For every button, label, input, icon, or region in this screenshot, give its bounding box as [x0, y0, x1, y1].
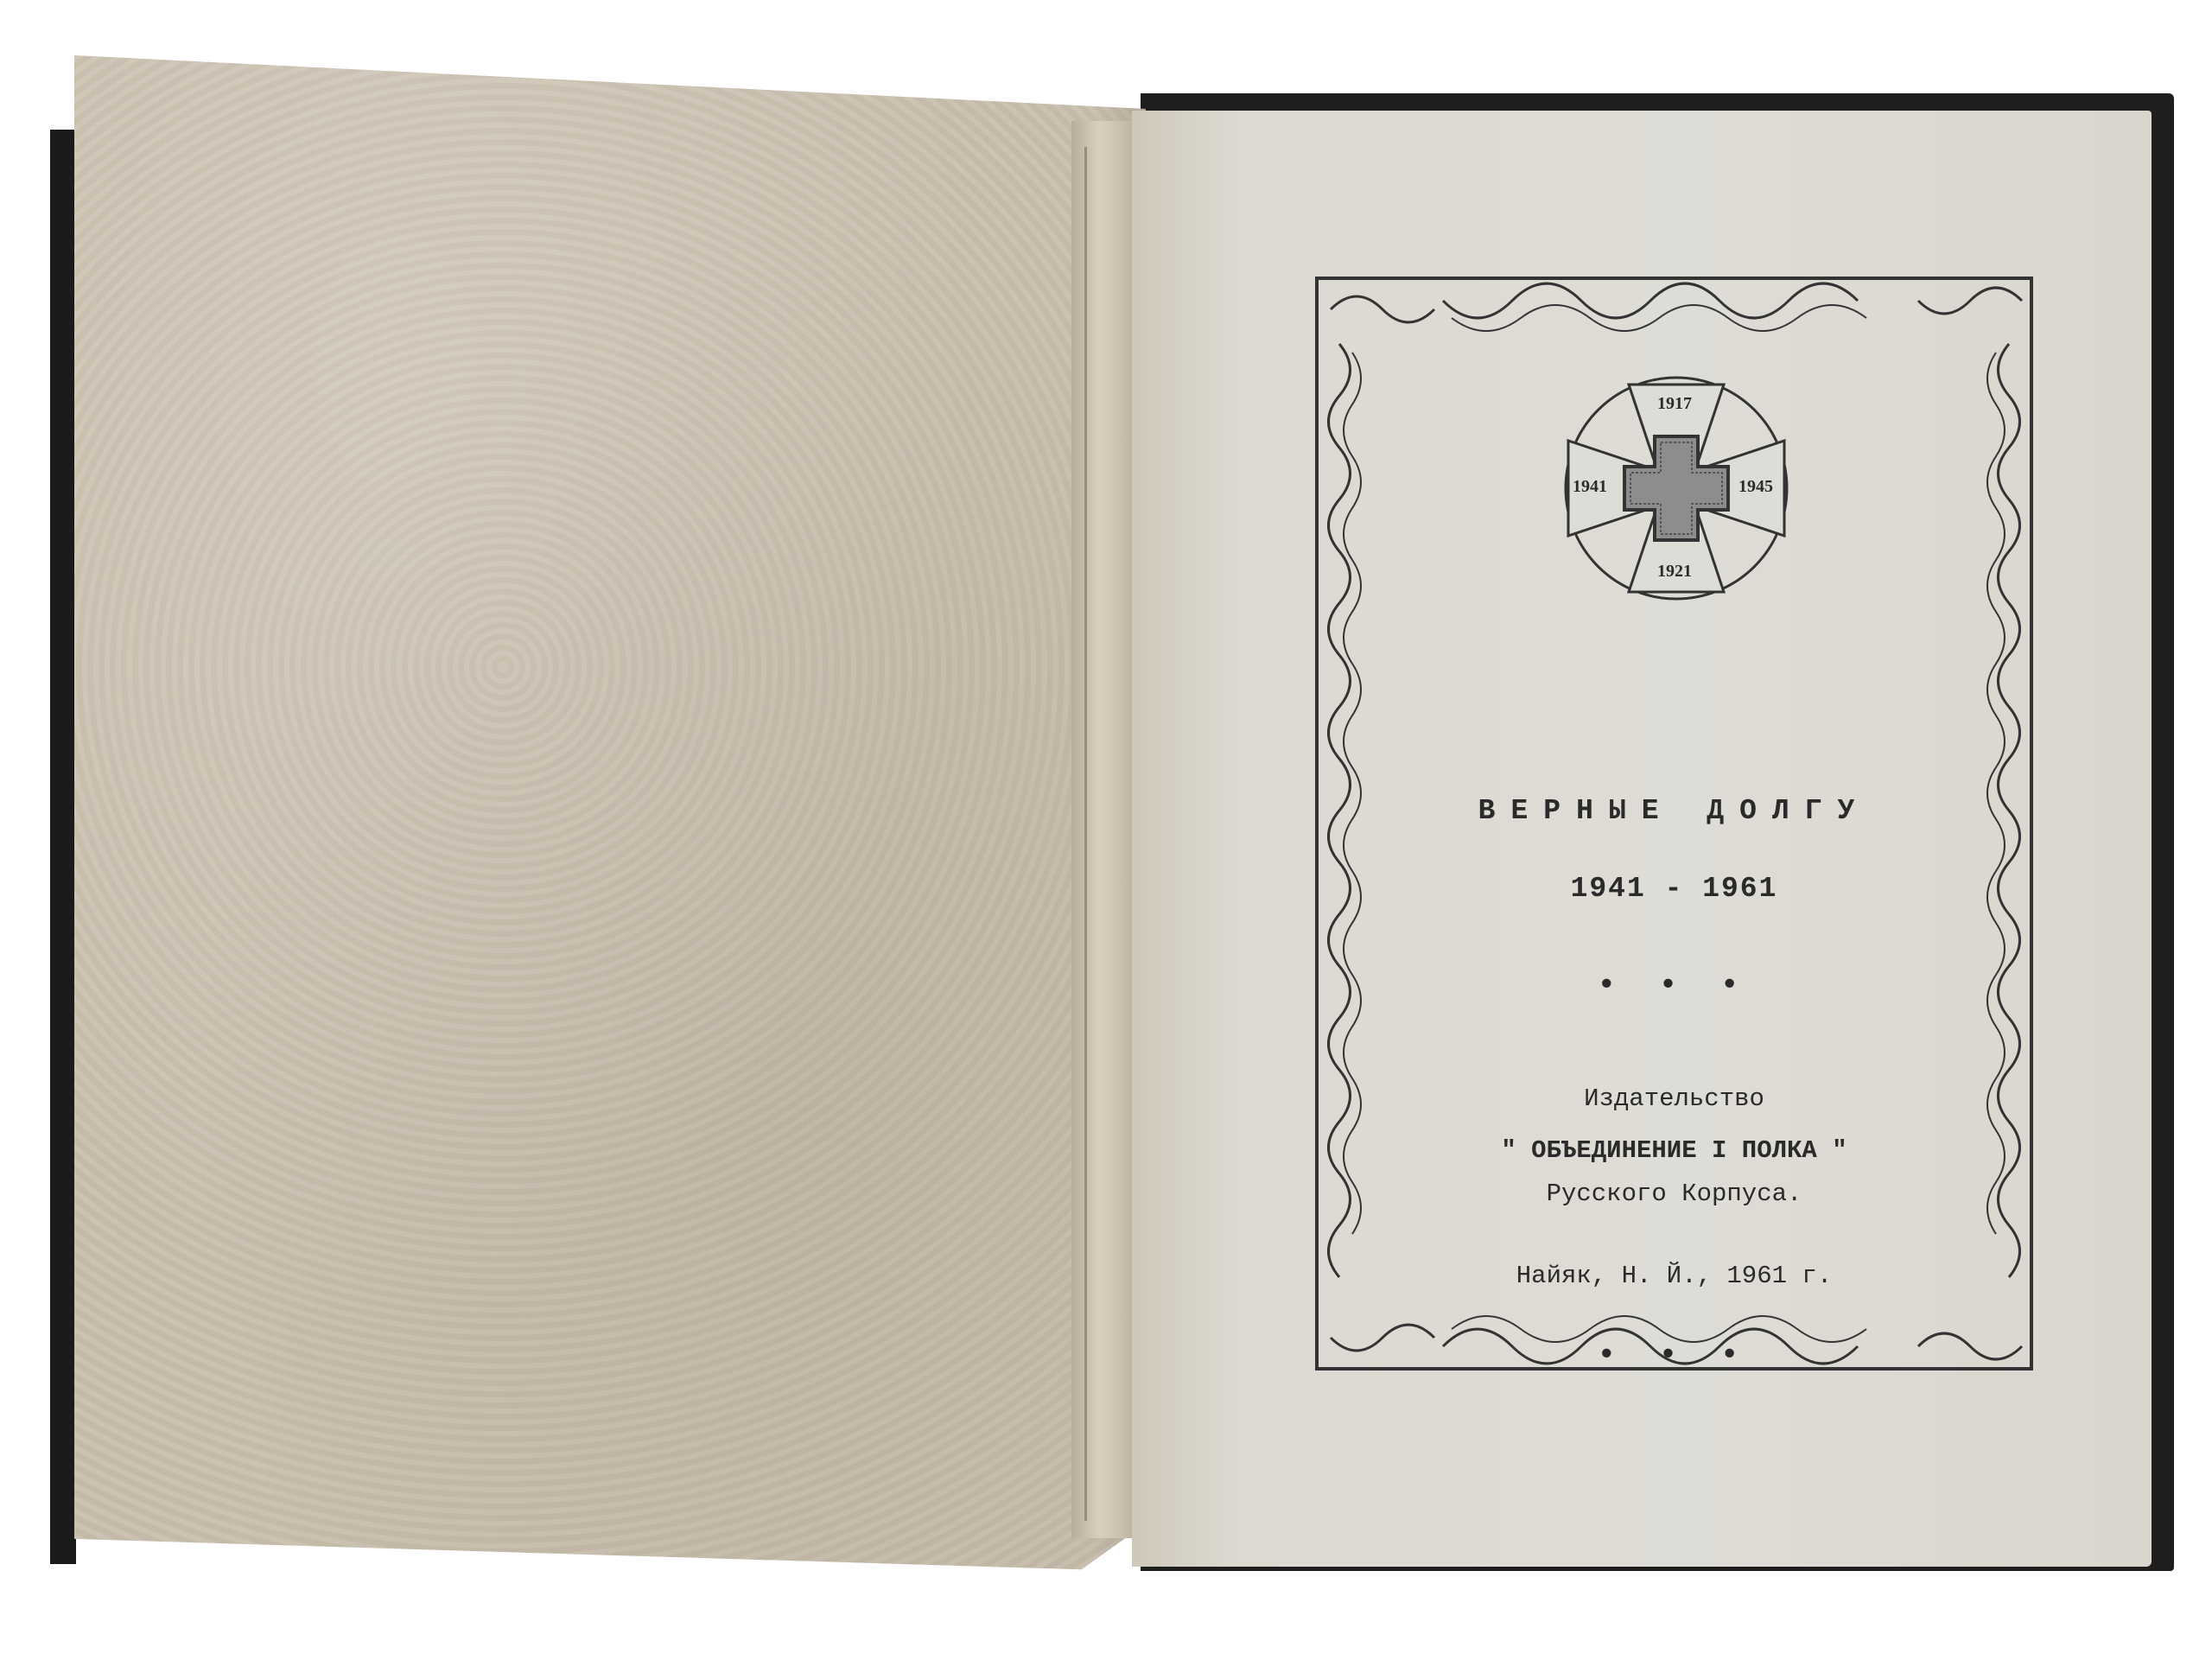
publisher-org: Русского Корпуса.	[1313, 1180, 2035, 1208]
emblem-year-top: 1917	[1657, 394, 1692, 414]
publisher-label: Издательство	[1313, 1084, 2035, 1113]
book-years: 1941 - 1961	[1313, 873, 2035, 905]
publisher-name: " ОБЪЕДИНЕНИЕ I ПОЛКА "	[1313, 1136, 2035, 1165]
place-and-date: Найяк, Н. Й., 1961 г.	[1313, 1262, 2035, 1290]
separator-dots-bottom: • • •	[1313, 1338, 2035, 1373]
book-gutter	[1071, 121, 1141, 1538]
book-back-cover-left-edge	[50, 130, 76, 1564]
emblem-year-right: 1945	[1738, 477, 1773, 497]
marbled-endpaper	[74, 55, 1146, 1585]
gutter-crease	[1084, 147, 1087, 1521]
emblem-year-left: 1941	[1573, 477, 1607, 497]
emblem-year-bottom: 1921	[1657, 562, 1692, 582]
book-title: ВЕРНЫЕ ДОЛГУ	[1313, 795, 2035, 827]
separator-dots-top: • • •	[1313, 968, 2035, 1003]
cross-emblem-icon: 1917 1941 1945 1921	[1547, 363, 1806, 614]
